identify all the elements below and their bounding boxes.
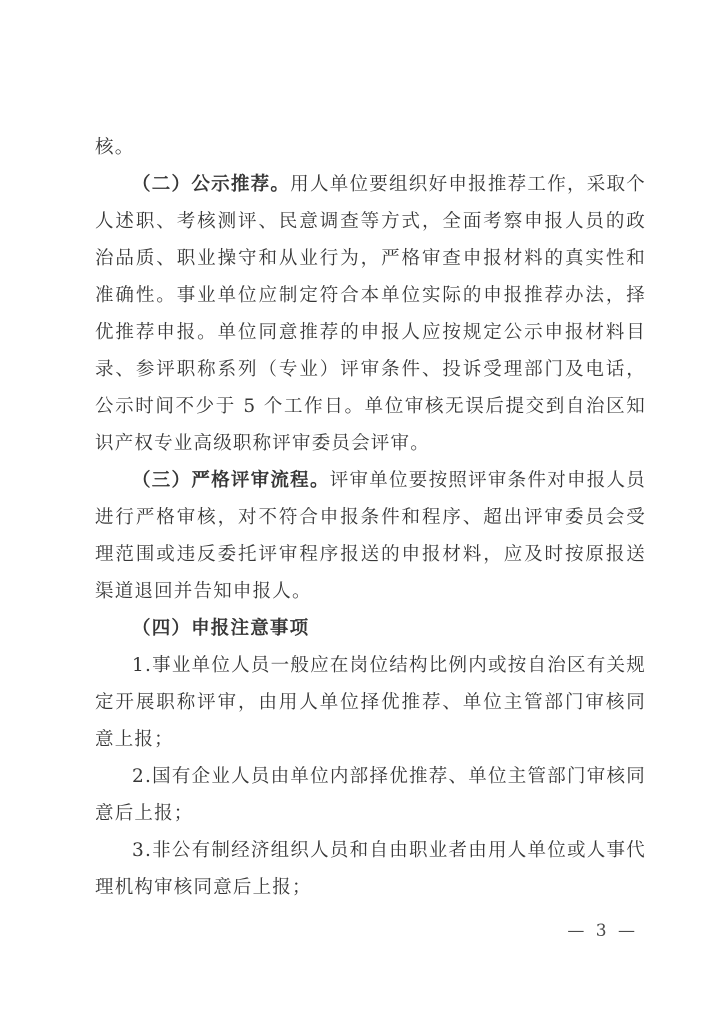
paragraph-text: 3.非公有制经济组织人员和自由职业者由用人单位或人事代理机构审核同意后上报；	[95, 840, 646, 898]
paragraph-text: 1.事业单位人员一般应在岗位结构比例内或按自治区有关规定开展职称评审，由用人单位…	[95, 655, 646, 750]
section-heading: （三）严格评审流程。	[132, 470, 330, 491]
section-heading: （二）公示推荐。	[132, 174, 290, 195]
paragraph-list-item-3: 3.非公有制经济组织人员和自由职业者由用人单位或人事代理机构审核同意后上报；	[95, 832, 646, 906]
paragraph-section-4: （四）申报注意事项	[95, 610, 646, 647]
paragraph-text: 核。	[95, 137, 134, 158]
paragraph-section-3: （三）严格评审流程。评审单位要按照评审条件对申报人员进行严格审核，对不符合申报条…	[95, 462, 646, 610]
paragraph-section-2: （二）公示推荐。用人单位要组织好申报推荐工作，采取个人述职、考核测评、民意调查等…	[95, 166, 646, 462]
paragraph-text: 用人单位要组织好申报推荐工作，采取个人述职、考核测评、民意调查等方式，全面考察申…	[95, 174, 646, 454]
document-page: 核。 （二）公示推荐。用人单位要组织好申报推荐工作，采取个人述职、考核测评、民意…	[0, 0, 724, 1024]
paragraph-continuation: 核。	[95, 129, 646, 166]
paragraph-text: 2.国有企业人员由单位内部择优推荐、单位主管部门审核同意后上报；	[95, 766, 646, 824]
page-number: — 3 —	[567, 921, 638, 941]
document-body: 核。 （二）公示推荐。用人单位要组织好申报推荐工作，采取个人述职、考核测评、民意…	[95, 129, 646, 906]
paragraph-list-item-2: 2.国有企业人员由单位内部择优推荐、单位主管部门审核同意后上报；	[95, 758, 646, 832]
section-heading: （四）申报注意事项	[132, 618, 309, 639]
paragraph-list-item-1: 1.事业单位人员一般应在岗位结构比例内或按自治区有关规定开展职称评审，由用人单位…	[95, 647, 646, 758]
